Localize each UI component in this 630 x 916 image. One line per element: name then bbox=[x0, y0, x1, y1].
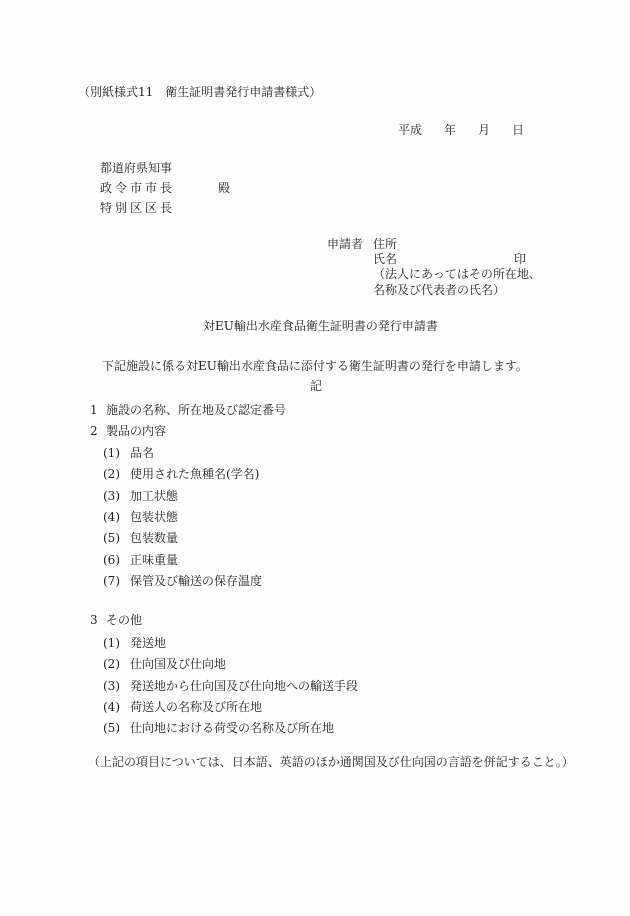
section-number: 1 bbox=[90, 402, 106, 418]
addressee-prefectural-governor: 都道府県知事 bbox=[100, 160, 172, 176]
form-number-title: （別紙様式11 衛生証明書発行申請書様式） bbox=[78, 84, 321, 100]
section-label: その他 bbox=[106, 613, 142, 627]
list-item: (2)仕向国及び仕向地 bbox=[103, 656, 226, 672]
section-3: 3その他 bbox=[90, 612, 142, 628]
date-day: 日 bbox=[512, 122, 524, 138]
list-item: (6)正味重量 bbox=[103, 552, 178, 568]
seal-mark: 印 bbox=[514, 251, 526, 267]
section-number: 2 bbox=[90, 423, 106, 439]
applicant-address-label: 住所 bbox=[373, 236, 397, 252]
list-item: (5)包装数量 bbox=[103, 530, 178, 546]
applicant-note-line2: 名称及び代表者の氏名） bbox=[373, 282, 505, 298]
date-line: 平成年月日 bbox=[398, 122, 524, 138]
list-item: (4)荷送人の名称及び所在地 bbox=[103, 699, 262, 715]
list-item: (5)仕向地における荷受の名称及び所在地 bbox=[103, 720, 334, 736]
list-item: (3)加工状態 bbox=[103, 488, 178, 504]
section-1: 1施設の名称、所在地及び認定番号 bbox=[90, 402, 286, 418]
date-era: 平成 bbox=[398, 122, 444, 138]
list-item: (3)発送地から仕向国及び仕向地への輸送手段 bbox=[103, 678, 358, 694]
list-item: (1)品名 bbox=[103, 445, 154, 461]
ki-heading: 記 bbox=[310, 378, 322, 394]
section-label: 製品の内容 bbox=[106, 424, 166, 438]
applicant-label: 申請者 bbox=[327, 236, 363, 252]
applicant-note-line1: （法人にあってはその所在地、 bbox=[373, 266, 541, 282]
addressee-ward-mayor: 特別区区長 bbox=[100, 200, 175, 216]
date-year: 年 bbox=[444, 122, 478, 138]
date-month: 月 bbox=[478, 122, 512, 138]
body-text: 下記施設に係る対EU輸出水産食品に添付する衛生証明書の発行を申請します。 bbox=[102, 358, 528, 374]
list-item: (2)使用された魚種名(学名) bbox=[103, 466, 259, 482]
section-label: 施設の名称、所在地及び認定番号 bbox=[106, 403, 286, 417]
applicant-name-label: 氏名 bbox=[373, 251, 397, 267]
list-item: (7)保管及び輸送の保存温度 bbox=[103, 573, 262, 589]
document-title: 対EU輸出水産食品衛生証明書の発行申請書 bbox=[203, 318, 438, 334]
section-number: 3 bbox=[90, 612, 106, 628]
list-item: (4)包装状態 bbox=[103, 509, 178, 525]
addressee-city-mayor: 政令市市長 bbox=[100, 180, 175, 196]
section-2: 2製品の内容 bbox=[90, 423, 166, 439]
list-item: (1)発送地 bbox=[103, 635, 166, 651]
honorific: 殿 bbox=[218, 180, 230, 196]
footer-note: （上記の項目については、日本語、英語のほか通関国及び仕向国の言語を併記すること。… bbox=[88, 754, 574, 770]
